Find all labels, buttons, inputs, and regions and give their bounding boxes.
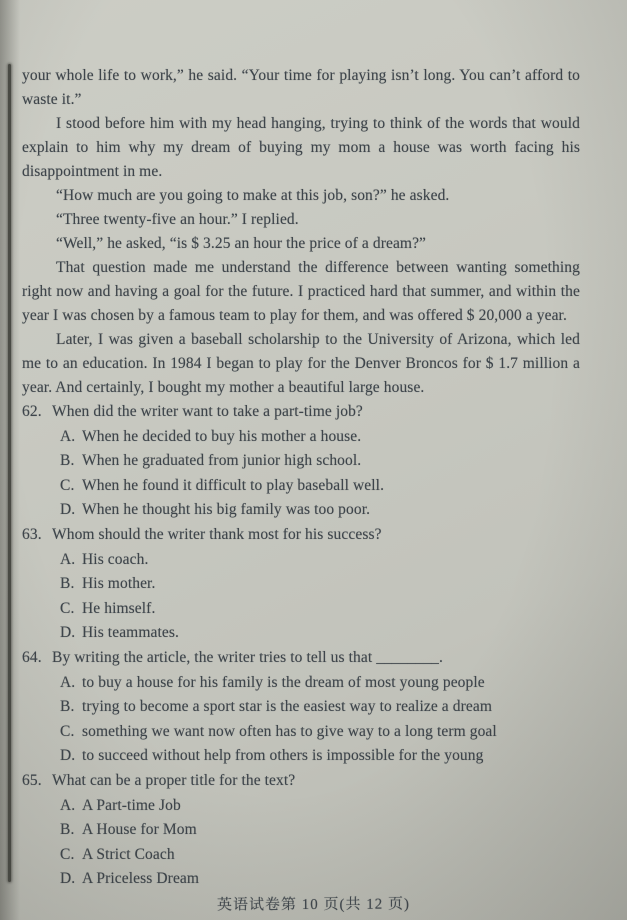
question-options: A.When he decided to buy his mother a ho… [22, 425, 580, 523]
question-64: 64.By writing the article, the writer tr… [22, 646, 580, 769]
question-options: A.to buy a house for his family is the d… [22, 671, 580, 769]
option: C.A Strict Coach [60, 843, 580, 868]
option: D.A Priceless Dream [60, 867, 580, 892]
option-label: B. [60, 695, 82, 720]
question-number: 62. [22, 400, 52, 425]
page-content: your whole life to work,” he said. “Your… [22, 64, 580, 892]
option-text: something we want now often has to give … [82, 723, 497, 740]
option-text: His mother. [82, 575, 155, 592]
option-label: C. [60, 720, 82, 745]
option-label: D. [60, 621, 82, 646]
option-text: to succeed without help from others is i… [82, 747, 483, 764]
passage-paragraph: “Three twenty-five an hour.” I replied. [22, 208, 580, 232]
option: B.A House for Mom [60, 818, 580, 843]
question-62: 62.When did the writer want to take a pa… [22, 400, 580, 523]
passage-paragraph: I stood before him with my head hanging,… [22, 112, 580, 184]
option-label: A. [60, 794, 82, 819]
option: B.trying to become a sport star is the e… [60, 695, 580, 720]
option-text: When he decided to buy his mother a hous… [82, 428, 361, 445]
scanned-exam-page: your whole life to work,” he said. “Your… [0, 0, 627, 920]
option-label: D. [60, 867, 82, 892]
option-label: A. [60, 671, 82, 696]
option: C.When he found it difficult to play bas… [60, 474, 580, 499]
passage-paragraph: your whole life to work,” he said. “Your… [22, 64, 580, 112]
passage-paragraph: Later, I was given a baseball scholarshi… [22, 328, 580, 400]
option-text: When he found it difficult to play baseb… [82, 477, 384, 494]
question-63: 63.Whom should the writer thank most for… [22, 523, 580, 646]
option: A.to buy a house for his family is the d… [60, 671, 580, 696]
option-label: C. [60, 597, 82, 622]
option-label: D. [60, 498, 82, 523]
option-label: A. [60, 548, 82, 573]
option-text: When he graduated from junior high schoo… [82, 452, 361, 469]
option-label: B. [60, 572, 82, 597]
option: D.to succeed without help from others is… [60, 744, 580, 769]
question-number: 65. [22, 769, 52, 794]
option-label: B. [60, 449, 82, 474]
option-label: A. [60, 425, 82, 450]
option-text: A Strict Coach [82, 846, 175, 863]
question-stem-row: 65.What can be a proper title for the te… [22, 769, 580, 794]
option: B.His mother. [60, 572, 580, 597]
option-text: He himself. [82, 600, 155, 617]
question-number: 64. [22, 646, 52, 671]
option: D.When he thought his big family was too… [60, 498, 580, 523]
option-text: When he thought his big family was too p… [82, 501, 370, 518]
option-label: D. [60, 744, 82, 769]
option-text: A House for Mom [82, 821, 197, 838]
option-label: C. [60, 474, 82, 499]
question-stem-row: 63.Whom should the writer thank most for… [22, 523, 580, 548]
passage-paragraph: That question made me understand the dif… [22, 256, 580, 328]
reading-passage: your whole life to work,” he said. “Your… [22, 64, 580, 400]
option: A.When he decided to buy his mother a ho… [60, 425, 580, 450]
question-stem-row: 64.By writing the article, the writer tr… [22, 646, 580, 671]
option: C.something we want now often has to giv… [60, 720, 580, 745]
page-edge-line [8, 64, 11, 882]
question-options: A.His coach. B.His mother. C.He himself.… [22, 548, 580, 646]
option-text: A Priceless Dream [82, 870, 199, 887]
option-text: His teammates. [82, 624, 179, 641]
passage-paragraph: “Well,” he asked, “is $ 3.25 an hour the… [22, 232, 580, 256]
option-label: C. [60, 843, 82, 868]
option-text: to buy a house for his family is the dre… [82, 674, 485, 691]
question-number: 63. [22, 523, 52, 548]
option-text: A Part-time Job [82, 797, 181, 814]
option: A.His coach. [60, 548, 580, 573]
option: A.A Part-time Job [60, 794, 580, 819]
question-stem: What can be a proper title for the text? [52, 772, 295, 789]
option: D.His teammates. [60, 621, 580, 646]
question-stem-row: 62.When did the writer want to take a pa… [22, 400, 580, 425]
option-label: B. [60, 818, 82, 843]
option-text: trying to become a sport star is the eas… [82, 698, 492, 715]
option: C.He himself. [60, 597, 580, 622]
option: B.When he graduated from junior high sch… [60, 449, 580, 474]
question-options: A.A Part-time Job B.A House for Mom C.A … [22, 794, 580, 892]
question-stem: By writing the article, the writer tries… [52, 649, 443, 666]
passage-paragraph: “How much are you going to make at this … [22, 184, 580, 208]
option-text: His coach. [82, 551, 148, 568]
page-footer: 英语试卷第 10 页(共 12 页) [0, 891, 627, 915]
question-stem: Whom should the writer thank most for hi… [52, 526, 382, 543]
question-65: 65.What can be a proper title for the te… [22, 769, 580, 892]
question-stem: When did the writer want to take a part-… [52, 403, 363, 420]
